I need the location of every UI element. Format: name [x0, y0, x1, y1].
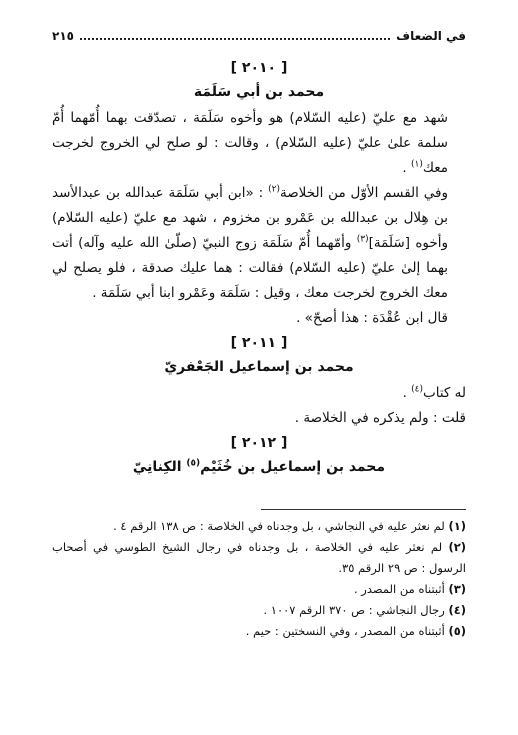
footnote-text: أثبتناه من المصدر . [354, 582, 448, 596]
footnote-number: (٥) [448, 624, 466, 638]
footnote: (٢) لم نعثر عليه في الخلاصة ، بل وجدناه … [52, 537, 466, 579]
footnote: (٥) أثبتناه من المصدر ، وفي النسختين : ح… [52, 621, 466, 642]
footnote-ref[interactable]: (٤) [411, 385, 423, 395]
footnote-number: (١) [448, 519, 466, 533]
entry-number: [ ٢٠١٠ ] [52, 56, 466, 80]
paragraph: قلت : ولم يذكره في الخلاصة . [52, 406, 466, 431]
paragraph: له كتاب(٤) . [52, 381, 466, 406]
paragraph: شهد مع عليّ (عليه السّلام) هو وأخوه سَلَ… [52, 106, 466, 181]
paragraph-text: له كتاب [423, 385, 466, 401]
footnote-ref[interactable]: (٥) [186, 458, 200, 468]
footnote-ref[interactable]: (٢) [268, 185, 280, 195]
leader-dots [80, 38, 390, 40]
main-text: [ ٢٠١٠ ] محمد بن أبي سَلَمَة شهد مع عليّ… [52, 56, 466, 481]
page-number: ٢١٥ [52, 29, 74, 43]
entry-title: محمد بن إسماعيل الجَعْفريّ [52, 355, 466, 379]
title-text: محمد بن إسماعيل بن خُثَيْم [200, 459, 385, 475]
period: . [402, 160, 411, 176]
entry-number: [ ٢٠١١ ] [52, 331, 466, 355]
footnote-ref[interactable]: (١) [411, 160, 423, 170]
footnote-text: رجال النجاشي : ص ٣٧٠ الرقم ١٠٠٧ . [263, 603, 448, 617]
footnote-number: (٣) [448, 582, 466, 596]
running-title: في الضعاف [396, 29, 466, 43]
entry-number: [ ٢٠١٢ ] [52, 431, 466, 455]
footnotes: (١) لم نعثر عليه في النجاشي ، بل وجدناه … [52, 516, 466, 642]
paragraph: قال ابن عُقْدَة : هذا أصحّ» . [52, 306, 466, 331]
footnote-text: أثبتناه من المصدر ، وفي النسختين : حيم . [246, 624, 449, 638]
paragraph: وفي القسم الأوّل من الخلاصة(٢) : «ابن أب… [52, 181, 466, 306]
running-header: في الضعاف ٢١٥ [52, 26, 466, 46]
title-text: الكِنانِيّ [133, 459, 186, 475]
paragraph-text: وفي القسم الأوّل من الخلاصة [280, 185, 448, 201]
footnote-number: (٤) [448, 603, 466, 617]
footnote-text: لم نعثر عليه في الخلاصة ، بل وجدناه في ر… [52, 540, 466, 575]
entry-title: محمد بن إسماعيل بن خُثَيْم(٥) الكِنانِيّ [52, 455, 466, 479]
footnote-text: لم نعثر عليه في النجاشي ، بل وجدناه في ا… [113, 519, 448, 533]
period: . [403, 385, 412, 401]
footnote-ref[interactable]: (٣) [357, 235, 369, 245]
footnote: (٤) رجال النجاشي : ص ٣٧٠ الرقم ١٠٠٧ . [52, 600, 466, 621]
entry-title: محمد بن أبي سَلَمَة [52, 80, 466, 104]
footnote: (١) لم نعثر عليه في النجاشي ، بل وجدناه … [52, 516, 466, 537]
footnote: (٣) أثبتناه من المصدر . [52, 579, 466, 600]
book-page: في الضعاف ٢١٥ [ ٢٠١٠ ] محمد بن أبي سَلَم… [0, 0, 518, 735]
footnote-separator [261, 509, 466, 510]
paragraph-text: شهد مع عليّ (عليه السّلام) هو وأخوه سَلَ… [52, 110, 448, 176]
footnote-number: (٢) [448, 540, 466, 554]
